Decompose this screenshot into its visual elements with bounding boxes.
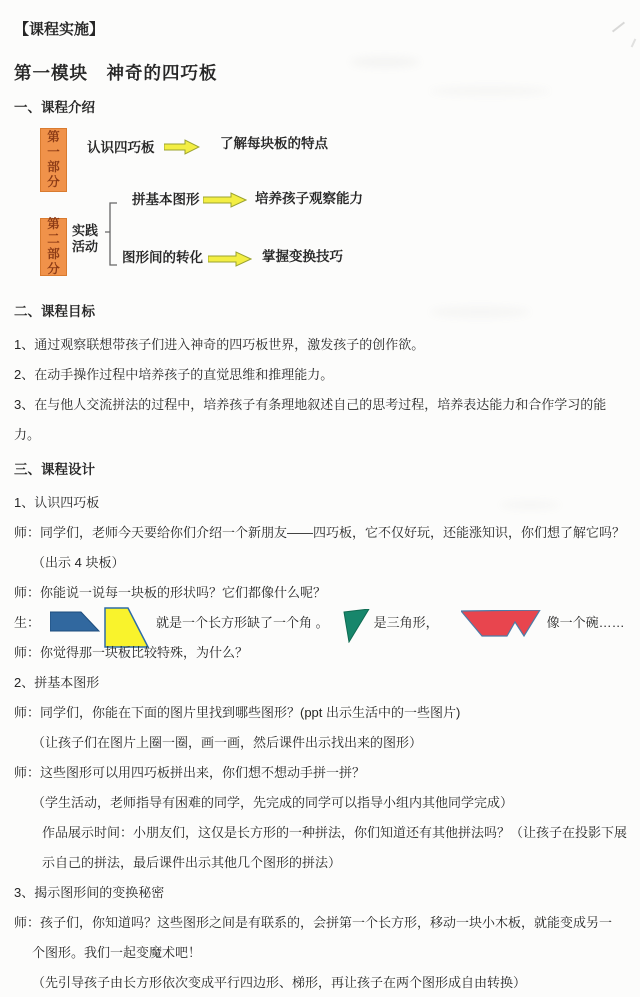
objective-line: 3、在与他人交流拼法的过程中，培养孩子有条理地叙述自己的思考过程，培养表达能力和… <box>14 388 626 418</box>
dialog-line: 师：同学们，老师今天要给你们介绍一个新朋友——四巧板，它不仅好玩，还能涨知识，你… <box>14 516 626 546</box>
branch2-goal: 掌握变换技巧 <box>262 248 343 266</box>
right-arrow-icon <box>208 251 252 267</box>
part1-label: 第一部分 <box>47 130 61 190</box>
dialog-line: 个图形。我们一起变魔术吧！ <box>14 936 626 966</box>
section-heading-objectives: 二、课程目标 <box>14 302 626 322</box>
right-arrow-icon <box>203 192 247 208</box>
dialog-line: 师：这些图形可以用四巧板拼出来，你们想不想动手拼一拼？ <box>14 756 626 786</box>
part2-box: 第二部分 <box>40 218 67 276</box>
header-tag: 【课程实施】 <box>14 18 626 42</box>
objective-line: 力。 <box>14 418 626 448</box>
branch1-goal: 培养孩子观察能力 <box>255 190 363 208</box>
module-title: 第一模块 神奇的四巧板 <box>14 60 626 86</box>
part1-box: 第一部分 <box>40 128 67 192</box>
part1-goal: 了解每块板的特点 <box>220 135 328 153</box>
part2-activity: 实践活动 <box>72 223 102 255</box>
green-triangle-shape <box>343 609 370 643</box>
dialog-line: 师：同学们，你能在下面的图片里找到哪些图形？(ppt 出示生活中的一些图片) <box>14 696 626 726</box>
branch2-topic: 图形间的转化 <box>122 249 203 267</box>
design-step-title: 3、揭示图形间的变换秘密 <box>14 876 626 906</box>
dialog-line: 师：你能说一说每一块板的形状吗？它们都像什么呢？ <box>14 576 626 606</box>
blue-trapezoid-shape <box>50 610 100 632</box>
dialog-line: 作品展示时间：小朋友们，这仅是长方形的一种拼法，你们知道还有其他拼法吗？（让孩子… <box>14 816 626 846</box>
objective-line: 1、通过观察联想带孩子们进入神奇的四巧板世界，激发孩子的创作欲。 <box>14 328 626 358</box>
stage-note-line: （让孩子们在图片上圈一圈，画一画，然后课件出示找出来的图形） <box>14 726 626 756</box>
section-heading-intro: 一、课程介绍 <box>14 98 626 118</box>
design-step-title: 2、拼基本图形 <box>14 666 626 696</box>
section-heading-design: 三、课程设计 <box>14 460 626 480</box>
red-bowl-shape <box>461 610 541 637</box>
scanned-document-page: 【课程实施】 第一模块 神奇的四巧板 一、课程介绍 第一部分 认识四巧板 了解每… <box>0 0 640 997</box>
design-step-title: 1、认识四巧板 <box>14 486 626 516</box>
stage-note-line: （先引导孩子由长方形依次变成平行四边形、梯形，再让孩子在两个图形成自由转换） <box>14 966 626 996</box>
dialog-line: 示自己的拼法，最后课件出示其他几个图形的拼法） <box>14 846 626 876</box>
stage-note-line: （出示 4 块板） <box>14 546 626 576</box>
shapes-caption-3: 像一个碗…… <box>547 612 625 631</box>
shapes-caption-1: 就是一个长方形缺了一个角 。 <box>156 612 329 631</box>
course-intro-diagram: 第一部分 认识四巧板 了解每块板的特点 拼基本图形 培养孩子观察能力 第二部分 … <box>14 118 626 290</box>
tangram-pieces-row: 生： 就是一个长方形缺了一个角 。 是三角形， <box>14 606 626 636</box>
bracket-connector <box>104 202 118 266</box>
objective-line: 2、在动手操作过程中培养孩子的直觉思维和推理能力。 <box>14 358 626 388</box>
student-prefix: 生： <box>14 612 40 631</box>
stage-note-line: （学生活动，老师指导有困难的同学，先完成的同学可以指导小组内其他同学完成） <box>14 786 626 816</box>
right-arrow-icon <box>164 139 200 155</box>
part1-topic: 认识四巧板 <box>87 139 155 157</box>
branch1-topic: 拼基本图形 <box>132 191 200 209</box>
part2-label: 第二部分 <box>47 217 61 277</box>
shapes-caption-2: 是三角形， <box>374 612 439 631</box>
dialog-line: 师：孩子们，你知道吗？这些图形之间是有联系的，会拼第一个长方形，移动一块小木板，… <box>14 906 626 936</box>
